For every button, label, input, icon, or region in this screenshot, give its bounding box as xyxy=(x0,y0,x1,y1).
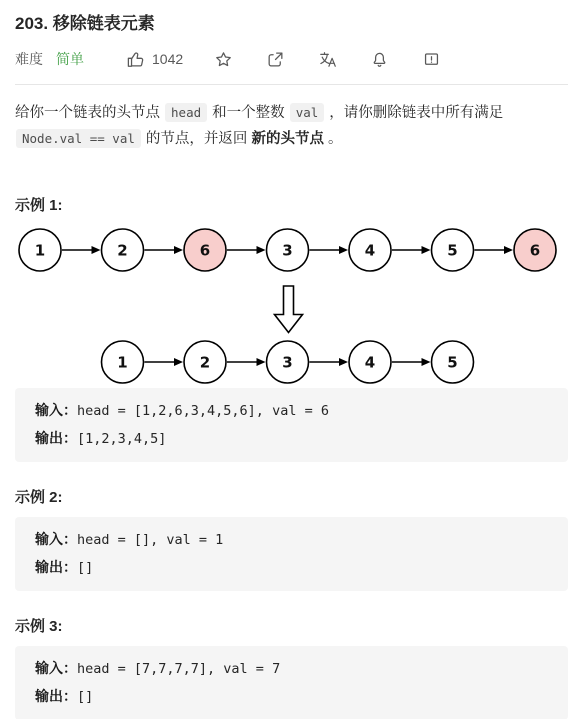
svg-text:6: 6 xyxy=(200,242,210,260)
svg-text:4: 4 xyxy=(365,242,375,260)
inline-code-val: val xyxy=(290,103,325,122)
divider xyxy=(15,84,568,85)
input-value: head = [1,2,6,3,4,5,6], val = 6 xyxy=(77,403,329,419)
share-button[interactable] xyxy=(266,50,285,69)
svg-text:1: 1 xyxy=(117,354,127,372)
notification-button[interactable] xyxy=(370,50,389,69)
desc-text: 和一个整数 xyxy=(208,105,289,121)
output-label: 输出： xyxy=(35,688,77,704)
example-3-io: 输入：head = [7,7,7,7], val = 7 输出：[] xyxy=(15,646,568,719)
thumbs-up-icon xyxy=(126,50,145,69)
example-2-title: 示例 2: xyxy=(15,488,568,508)
difficulty-badge: 简单 xyxy=(56,49,84,69)
svg-text:5: 5 xyxy=(447,242,457,260)
inline-code-head: head xyxy=(165,103,207,122)
desc-text: 。 xyxy=(324,131,343,147)
like-button[interactable]: 1042 xyxy=(126,50,183,69)
svg-text:3: 3 xyxy=(282,242,292,260)
svg-text:5: 5 xyxy=(447,354,457,372)
desc-text: 给你一个链表的头节点 xyxy=(15,105,164,121)
example-1-io: 输入：head = [1,2,6,3,4,5,6], val = 6 输出：[1… xyxy=(15,388,568,462)
svg-text:3: 3 xyxy=(282,354,292,372)
example-1-title: 示例 1: xyxy=(15,196,568,216)
translate-button[interactable] xyxy=(318,50,337,69)
meta-bar: 难度 简单 1042 xyxy=(15,48,568,70)
example-2-io: 输入：head = [], val = 1 输出：[] xyxy=(15,517,568,591)
like-count: 1042 xyxy=(152,51,183,67)
output-value: [] xyxy=(77,689,93,705)
inline-code-condition: Node.val == val xyxy=(16,129,141,148)
input-label: 输入： xyxy=(35,660,77,676)
svg-text:4: 4 xyxy=(365,354,375,372)
output-label: 输出： xyxy=(35,430,77,446)
difficulty-label: 难度 xyxy=(15,49,43,69)
desc-text: ，请你删除链表中所有满足 xyxy=(325,105,503,121)
svg-text:6: 6 xyxy=(530,242,540,260)
feedback-icon xyxy=(422,50,441,69)
svg-text:1: 1 xyxy=(35,242,45,260)
share-icon xyxy=(266,50,285,69)
linked-list-diagram: 126345612345 xyxy=(0,225,583,386)
input-value: head = [7,7,7,7], val = 7 xyxy=(77,661,280,677)
svg-text:2: 2 xyxy=(117,242,127,260)
favorite-button[interactable] xyxy=(214,50,233,69)
action-icons xyxy=(214,50,474,69)
bell-icon xyxy=(370,50,389,69)
example-3-title: 示例 3: xyxy=(15,617,568,637)
output-value: [] xyxy=(77,560,93,576)
translate-icon xyxy=(318,50,337,69)
svg-text:2: 2 xyxy=(200,354,210,372)
output-value: [1,2,3,4,5] xyxy=(77,431,166,447)
problem-description: 给你一个链表的头节点 head 和一个整数 val ，请你删除链表中所有满足 N… xyxy=(15,100,568,152)
input-label: 输入： xyxy=(35,402,77,418)
desc-text: 的节点，并返回 xyxy=(142,131,252,147)
desc-bold-text: 新的头节点 xyxy=(251,131,324,147)
star-icon xyxy=(214,50,233,69)
page-title: 203. 移除链表元素 xyxy=(15,13,568,35)
problem-page: 203. 移除链表元素 难度 简单 1042 xyxy=(0,13,583,719)
feedback-button[interactable] xyxy=(422,50,441,69)
output-label: 输出： xyxy=(35,559,77,575)
input-value: head = [], val = 1 xyxy=(77,532,223,548)
input-label: 输入： xyxy=(35,531,77,547)
